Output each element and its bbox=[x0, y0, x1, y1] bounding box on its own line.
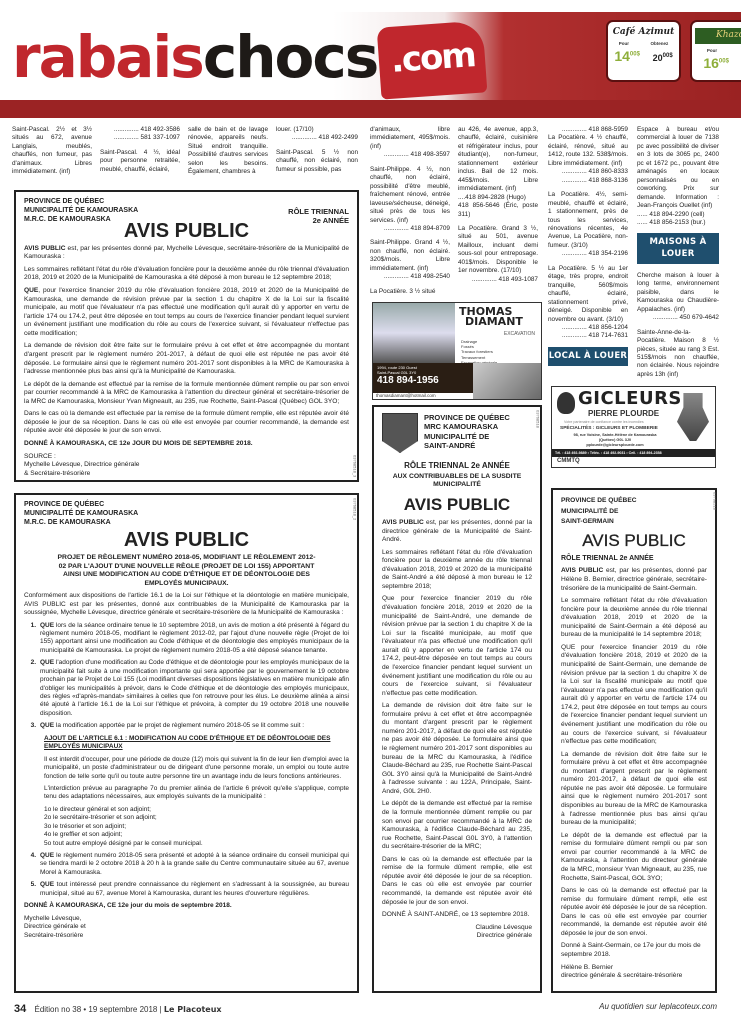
notice-paragraph: AVIS PUBLIC est, par les présentes donné… bbox=[24, 245, 349, 262]
phone-number: .............. 418 894-8709 bbox=[370, 225, 450, 233]
phone-number: .............. 418 714-7631 bbox=[548, 332, 628, 340]
phone-number: .............. 418 498-2540 bbox=[370, 273, 450, 281]
rabaischocs-logo: rabaischocs.com bbox=[12, 24, 485, 96]
notice-title: AVIS PUBLIC bbox=[382, 494, 532, 516]
phone-number: .............. 418 492-2499 bbox=[276, 134, 358, 142]
gicleurs-pierre-plourde-ad[interactable]: GICLEURS PIERRE PLOURDE Votre partenaire… bbox=[551, 386, 716, 468]
numbered-item: 3.QUE la modification apportée par le pr… bbox=[24, 722, 349, 730]
classified-ad: Espace à bureau et/ou commercial à louer… bbox=[637, 126, 719, 211]
saint-andre-coat-of-arms-icon bbox=[382, 413, 418, 453]
excavator-photo bbox=[373, 303, 455, 363]
notice-header: PROVINCE DE QUÉBEC MUNICIPALITÉ DE KAMOU… bbox=[24, 501, 349, 527]
notice-paragraph: AVIS PUBLIC est, par les présentes, donn… bbox=[561, 567, 707, 593]
notice-given-date: Donné à Saint-Germain, ce 17e jour du mo… bbox=[561, 942, 707, 959]
notice-given-date: DONNÉ À KAMOURASKA, CE 12e JOUR DU MOIS … bbox=[24, 440, 349, 449]
banner-red-bar bbox=[0, 100, 741, 118]
classified-column-8: Espace à bureau et/ou commercial à louer… bbox=[637, 126, 719, 384]
thomas-tagline: EXCAVATION bbox=[504, 331, 535, 338]
section-header-local-a-louer: LOCAL À LOUER bbox=[548, 347, 628, 366]
page-footer-left: 34 Édition no 38 • 19 septembre 2018 | L… bbox=[14, 1002, 222, 1017]
notice-paragraph: Le dépôt de la demande est effectué par … bbox=[24, 381, 349, 407]
notice-paragraph: Dans le cas où la demande est effectué p… bbox=[561, 887, 707, 938]
classified-column-3: salle de bain et de lavage rénovée, appa… bbox=[188, 126, 268, 182]
notice-reference-code: 03768518_2 bbox=[352, 498, 357, 520]
phone-number: .............. 418 493-1087 bbox=[458, 276, 538, 284]
coupon-price: 1600$ bbox=[703, 54, 729, 72]
classified-column-4: louer. (17/10) .............. 418 492-24… bbox=[276, 126, 358, 179]
classified-ad: La Pocatière. 4½, semi-meublé, chauffé e… bbox=[548, 191, 628, 250]
notice-paragraph: La demande de révision doit être faite s… bbox=[561, 751, 707, 828]
gicleurs-slogan: Votre partenaire de confiance contre les… bbox=[564, 420, 644, 425]
dump-truck-photo bbox=[473, 363, 542, 400]
phone-number: .............. 418 860-8333 bbox=[548, 168, 628, 176]
coupon-price: 1400$ bbox=[614, 47, 640, 65]
gicleurs-phone-bar: Tél. : 418 492-9889 • Téléc. : 418 492-9… bbox=[552, 449, 715, 457]
notice-signature: Mychelle Lévesque, Directrice générale e… bbox=[24, 915, 349, 940]
avis-public-kamouraska-reglement-2018-05: PROVINCE DE QUÉBEC MUNICIPALITÉ DE KAMOU… bbox=[14, 493, 359, 993]
phone-number: .............. 418 498-3597 bbox=[370, 151, 450, 159]
phone-number: .............. 418 856-1204 bbox=[548, 324, 628, 332]
employee-list: 1o le directeur général et son adjoint; … bbox=[44, 806, 349, 848]
notice-given-date: DONNÉ À KAMOURASKA, CE 12e jour du mois … bbox=[24, 902, 349, 910]
role-triennal-heading: RÔLE TRIENNAL 2e ANNÉE bbox=[382, 461, 532, 471]
notice-paragraph: La demande de révision doit être faite s… bbox=[382, 702, 532, 796]
classified-ad: Saint-Pascal. 4 ½, idéal pour personne r… bbox=[100, 149, 180, 174]
banner-top-strip bbox=[0, 0, 741, 12]
gicleurs-address: 98, rue Voisine, Sainte-Hélène de Kamour… bbox=[560, 433, 670, 447]
classified-ad: Saint-Pascal. 5 ½ non chauffé, non éclai… bbox=[276, 149, 358, 174]
notice-paragraph: La demande de révision doit être faite s… bbox=[24, 342, 349, 376]
notice-signature: SOURCE : Mychelle Lévesque, Directrice g… bbox=[24, 453, 349, 479]
notice-paragraph: QUE, pour l'exercice financier 2019 du r… bbox=[24, 287, 349, 338]
notice-subheading: PROJET DE RÈGLEMENT NUMÉRO 2018-05, MODI… bbox=[24, 554, 349, 588]
phone-number: .............. 418 354-2196 bbox=[548, 250, 628, 258]
phone-number: ...... 418 894-2290 (cell) bbox=[637, 211, 719, 219]
section-header-maisons-a-louer: MAISONS À LOUER bbox=[637, 233, 719, 263]
notice-header: PROVINCE DE QUÉBEC MRC KAMOURASKA MUNICI… bbox=[382, 413, 532, 453]
cmmtq-logo: CMMTQ bbox=[557, 458, 580, 466]
coupon-merchant-name: Café Azimut bbox=[608, 28, 679, 37]
edition-info: Édition no 38 • 19 septembre 2018 | bbox=[34, 1005, 161, 1014]
classified-column-7: .............. 418 868-5959 La Pocatière… bbox=[548, 126, 628, 374]
logo-text-com: .com bbox=[377, 20, 488, 99]
notice-header: PROVINCE DE QUÉBEC MUNICIPALITÉ DE SAINT… bbox=[561, 496, 707, 528]
logo-text-chocs: chocs bbox=[203, 23, 377, 91]
classified-ad: salle de bain et de lavage rénovée, appa… bbox=[188, 126, 268, 177]
classified-ad: au 426, 4e avenue, app.3, chauffé, éclai… bbox=[458, 126, 538, 194]
thomas-phone: 418 894-1956 bbox=[377, 375, 469, 387]
classified-ad: La Pocatière. 3 ½ situé bbox=[370, 288, 450, 296]
gicleurs-logo: GICLEURS bbox=[578, 389, 682, 409]
page-number: 34 bbox=[14, 1003, 26, 1015]
classified-ad: Saint-Pascal. 2½ et 3½ situés au 672, av… bbox=[12, 126, 92, 177]
phone-number: .............. 581 337-1097 bbox=[100, 134, 180, 142]
phone-number: ....418 894-2828 (Hugo) bbox=[458, 194, 538, 202]
avis-public-kamouraska-role-triennal: PROVINCE DE QUÉBEC MUNICIPALITÉ DE KAMOU… bbox=[14, 190, 359, 482]
classified-ad: La Pocatière. Grand 3 ½, situé au 501, a… bbox=[458, 225, 538, 276]
footer-website-link[interactable]: Au quotidien sur leplacoteux.com bbox=[599, 1002, 717, 1013]
classified-ad: louer. (17/10) bbox=[276, 126, 358, 134]
classified-ad: Cherche maison à louer à long terme, env… bbox=[637, 272, 719, 314]
notice-paragraph: Il est interdit d'occuper, pour une péri… bbox=[44, 756, 349, 781]
phone-number: .............. 418 868-3136 bbox=[548, 177, 628, 185]
numbered-item: 1.QUE lors de la séance ordinaire tenue … bbox=[24, 622, 349, 656]
le-placoteux-logo: Le Placoteux bbox=[164, 1005, 222, 1014]
classified-ad: Saint-Philippe. 4 ½, non chauffé, non éc… bbox=[370, 166, 450, 225]
notice-paragraph: Dans le cas où la demande est effectuée … bbox=[24, 410, 349, 436]
classified-column-5: d'animaux, libre immédiatement, 495$/moi… bbox=[370, 126, 450, 301]
coupon-value: 2000$ bbox=[653, 53, 673, 65]
sprinkler-drop-icon bbox=[557, 392, 575, 414]
phone-number: ...... 418 856-2153 (bur.) bbox=[637, 219, 719, 227]
classified-ad: La Pocatière. 4 ½ chauffé, éclairé, réno… bbox=[548, 134, 628, 168]
coupon-obtenez-label: Obtenez bbox=[650, 41, 668, 47]
phone-number: 418 856-5646 (Éric, poste 311) bbox=[458, 202, 538, 219]
notice-paragraph: L'interdiction prévue au paragraphe 7o d… bbox=[44, 785, 349, 802]
numbered-item: 5.QUE tout intéressé peut prendre connai… bbox=[24, 881, 349, 898]
notice-paragraph: Le dépôt de la demande est effectué par … bbox=[561, 832, 707, 883]
coupon-cafe-azimut[interactable]: Café Azimut PourObtenez 1400$ 2000$ bbox=[606, 20, 681, 82]
notice-paragraph: Les sommaires reflétant l'état du rôle d… bbox=[382, 549, 532, 592]
notice-signature: Hélène B. Bernier directrice générale & … bbox=[561, 964, 707, 981]
classified-ad: d'animaux, libre immédiatement, 495$/moi… bbox=[370, 126, 450, 151]
classified-ad: La Pocatière. 5 ½ au 1er étage, très pro… bbox=[548, 265, 628, 324]
notice-paragraph: Que pour l'exercice financier 2019 du rô… bbox=[382, 595, 532, 698]
rabaischocs-banner-ad[interactable]: rabaischocs.com Café Azimut PourObtenez … bbox=[0, 0, 741, 118]
thomas-contact-block: 1994, route 230 Ouest Saint-Pascal G0L 3… bbox=[373, 363, 473, 393]
logo-text-rabais: rabais bbox=[12, 23, 203, 91]
notice-paragraph: Dans le cas où la demande est effectuée … bbox=[382, 856, 532, 907]
notice-reference-code: 03768518_3 bbox=[352, 455, 357, 477]
avis-public-saint-germain: PROVINCE DE QUÉBEC MUNICIPALITÉ DE SAINT… bbox=[551, 488, 717, 993]
coupon-khazo[interactable]: Khazo PourOb 1600$ 2 bbox=[690, 20, 741, 82]
gicleurs-owner: PIERRE PLOURDE bbox=[588, 409, 659, 418]
notice-title: AVIS PUBLIC bbox=[24, 529, 349, 551]
notice-signature: Claudine Lévesque Directrice générale bbox=[382, 924, 532, 941]
notice-paragraph: AVIS PUBLIC est, par les présentes, donn… bbox=[382, 519, 532, 545]
notice-paragraph: Le dépôt de la demande est effectué par … bbox=[382, 800, 532, 851]
classified-column-6: au 426, 4e avenue, app.3, chauffé, éclai… bbox=[458, 126, 538, 284]
coupon-merchant-name: Khazo bbox=[695, 28, 741, 44]
gicleurs-specialties: SPÉCIALITÉS : GICLEURS ET PLOMBERIE bbox=[560, 426, 658, 432]
avis-public-saint-andre: PROVINCE DE QUÉBEC MRC KAMOURASKA MUNICI… bbox=[372, 405, 542, 993]
phone-number: .............. 418 492-3586 bbox=[100, 126, 180, 134]
classified-column-1: Saint-Pascal. 2½ et 3½ situés au 672, av… bbox=[12, 126, 92, 182]
article-heading: AJOUT DE L'ARTICLE 6.1 : MODIFICATION AU… bbox=[44, 735, 349, 752]
classified-ad: Sainte-Anne-de-la-Pocatière. Maison 8 ½ … bbox=[637, 329, 719, 380]
thomas-diamant-ad[interactable]: THOMAS DIAMANT EXCAVATION Drainage Fossé… bbox=[372, 302, 542, 400]
notice-paragraph: Conformément aux dispositions de l'artic… bbox=[24, 592, 349, 617]
classified-column-2: .............. 418 492-3586 ............… bbox=[100, 126, 180, 179]
notice-title: AVIS PUBLIC bbox=[561, 530, 707, 552]
numbered-item: 2.QUE l'adoption d'une modification au C… bbox=[24, 659, 349, 718]
notice-paragraph: Les sommaires reflétant l'état du rôle d… bbox=[24, 266, 349, 283]
role-triennal-heading: RÔLE TRIENNAL 2e ANNÉE bbox=[561, 555, 707, 564]
notice-given-date: DONNÉ À SAINT-ANDRÉ, ce 13 septembre 201… bbox=[382, 911, 532, 920]
numbered-item: 4.QUE le règlement numéro 2018-05 sera p… bbox=[24, 852, 349, 877]
thomas-diamant-logo: THOMAS DIAMANT bbox=[459, 307, 523, 327]
thomas-email[interactable]: thomasdiamant@hotmail.com bbox=[373, 393, 473, 399]
notice-paragraph: Le sommaire reflétant l'état du rôle d'é… bbox=[561, 597, 707, 640]
notice-reference-code: 03768518 bbox=[535, 410, 540, 428]
notice-reference-code: 03768518 bbox=[712, 492, 717, 510]
notice-paragraph: QUE pour l'exercice financier 2019 du rô… bbox=[561, 644, 707, 747]
classified-ad: Saint-Philippe. Grand 4 ½, non chauffé, … bbox=[370, 239, 450, 273]
phone-number: .............. 450 679-4642 bbox=[637, 314, 719, 322]
notice-subheading: AUX CONTRIBUABLES DE LA SUSDITE MUNICIPA… bbox=[382, 473, 532, 490]
